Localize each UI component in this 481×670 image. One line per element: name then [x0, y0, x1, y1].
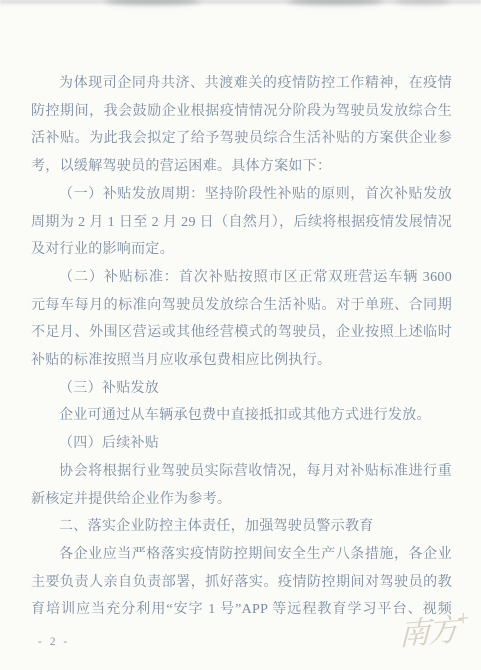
text-line: 元每车每月的标准向驾驶员发放综合生活补贴。对于单班、合同期 — [31, 292, 452, 320]
text-line: 考，以缓解驾驶员的营运困难。具体方案如下： — [31, 153, 452, 181]
document-page: 为体现司企同舟共济、共渡难关的疫情防控工作精神，在疫情防控期间，我会鼓励企业根据… — [0, 0, 481, 670]
text-line: 各企业应当严格落实疫情防控期间安全生产八条措施，各企业 — [31, 541, 452, 569]
text-line: 活补贴。为此我会拟定了给予驾驶员综合生活补贴的方案供企业参 — [31, 125, 452, 153]
text-line: 育培训应当充分利用“安字 1 号”APP 等远程教育学习平台、视频 — [31, 596, 452, 624]
document-body: 为体现司企同舟共济、共渡难关的疫情防控工作精神，在疫情防控期间，我会鼓励企业根据… — [31, 70, 452, 624]
text-line: 二、落实企业防控主体责任，加强驾驶员警示教育 — [31, 513, 452, 541]
text-line: 补贴的标准按照当月应收承包费相应比例执行。 — [31, 347, 452, 375]
page-number: - 2 - — [38, 636, 70, 648]
text-line: （一）补贴发放周期：坚持阶段性补贴的原则，首次补贴发放 — [31, 181, 452, 209]
text-line: 为体现司企同舟共济、共渡难关的疫情防控工作精神，在疫情 — [31, 70, 452, 98]
text-line: （四）后续补贴 — [31, 430, 452, 458]
scan-smudge — [288, 0, 383, 5]
text-line: （二）补贴标准：首次补贴按照市区正常双班营运车辆 3600 — [31, 264, 452, 292]
scan-edge-artifact — [0, 0, 481, 6]
text-line: 不足月、外围区营运或其他经营模式的驾驶员，企业按照上述临时 — [31, 319, 452, 347]
text-line: （三）补贴发放 — [31, 375, 452, 403]
watermark-plus-icon: + — [457, 605, 470, 631]
text-line: 周期为 2 月 1 日至 2 月 29 日（自然月），后续将根据疫情发展情况 — [31, 209, 452, 237]
text-line: 及对行业的影响而定。 — [31, 236, 452, 264]
text-line: 协会将根据行业驾驶员实际营收情况，每月对补贴标准进行重 — [31, 458, 452, 486]
scan-smudge — [395, 0, 450, 5]
scan-smudge — [105, 0, 200, 5]
text-line: 主要负责人亲自负责部署，抓好落实。疫情防控期间对驾驶员的教 — [31, 569, 452, 597]
text-line: 企业可通过从车辆承包费中直接抵扣或其他方式进行发放。 — [31, 402, 452, 430]
text-line: 新核定并提供给企业作为参考。 — [31, 486, 452, 514]
text-line: 防控期间，我会鼓励企业根据疫情情况分阶段为驾驶员发放综合生 — [31, 98, 452, 126]
